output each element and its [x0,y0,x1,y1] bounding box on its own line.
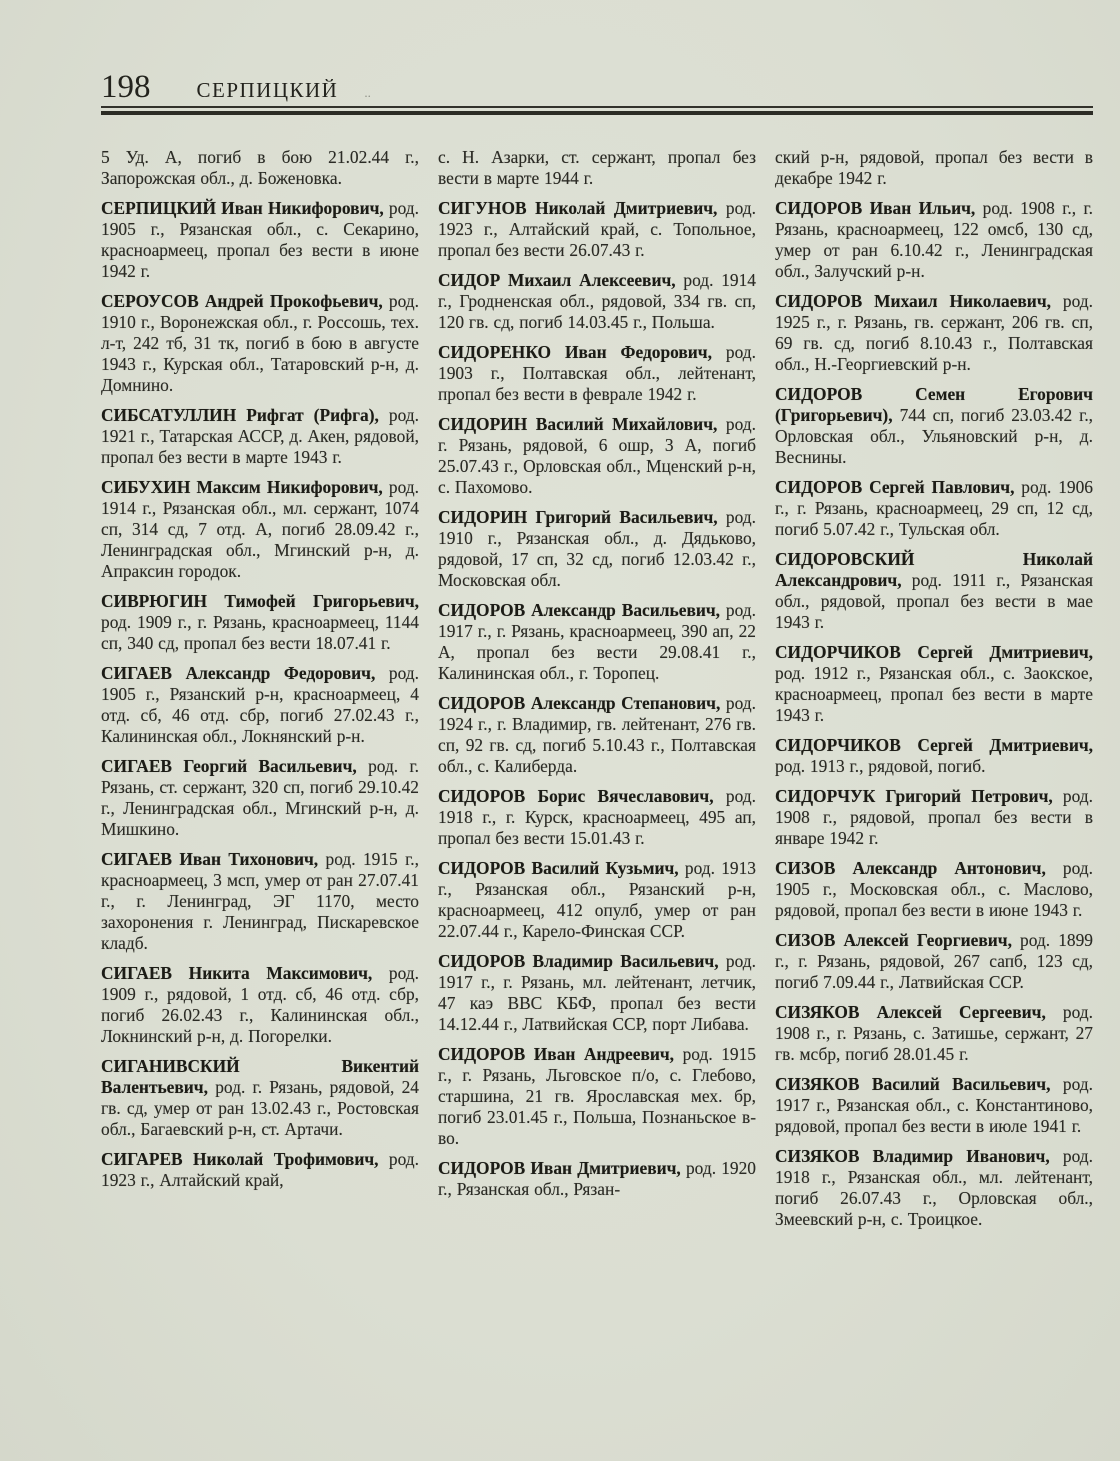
memorial-entry: СИБУХИН Максим Никифорович, род. 1914 г.… [101,477,419,582]
memorial-entry-continuation: ский р-н, рядовой, пропал без вести в де… [775,147,1093,189]
memorial-entry: СИДОРОВ Борис Вячеславович, род. 1918 г.… [438,786,756,849]
entry-person-name: СИДОРОВ Александр Степанович, [438,693,726,713]
entry-person-name: СИГАЕВ Никита Максимович, [101,963,389,983]
entry-person-name: СИЗОВ Александр Антонович, [775,858,1063,878]
memorial-entry: СИЗОВ Алексей Георгиевич, род. 1899 г., … [775,930,1093,993]
memorial-entry: СИБСАТУЛЛИН Рифгат (Рифга), род. 1921 г.… [101,405,419,468]
entry-person-name: СИДОРОВ Борис Вячеславович, [438,786,726,806]
memorial-entry: СИЗЯКОВ Владимир Иванович, род. 1918 г.,… [775,1146,1093,1230]
entry-person-name: СИДОРОВ Владимир Васильевич, [438,951,726,971]
entry-person-name: СИЗЯКОВ Владимир Иванович, [775,1146,1063,1166]
entry-person-name: СИГАЕВ Александр Федорович, [101,663,389,683]
entry-person-name: СИДОРОВСКИЙ Николай Александрович, [775,549,1093,590]
memorial-entry: СИГАЕВ Никита Максимович, род. 1909 г., … [101,963,419,1047]
memorial-entry: СИДОРИН Василий Михайлович, род. г. Ряза… [438,414,756,498]
memorial-entry: СИВРЮГИН Тимофей Григорьевич, род. 1909 … [101,591,419,654]
page-number: 198 [101,70,151,104]
memorial-entry-continuation: 5 Уд. А, погиб в бою 21.02.44 г., Запоро… [101,147,419,189]
entry-person-name: СЕРПИЦКИЙ Иван Никифорович, [101,198,389,218]
text-columns: 5 Уд. А, погиб в бою 21.02.44 г., Запоро… [101,147,1093,1239]
memorial-entry: СИГУНОВ Николай Дмитриевич, род. 1923 г.… [438,198,756,261]
entry-person-name: СИДОР Михаил Алексеевич, [438,270,683,290]
memorial-entry: СИГАЕВ Александр Федорович, род. 1905 г.… [101,663,419,747]
entry-person-name: СИДОРОВ Василий Кузьмич, [438,858,685,878]
memorial-entry: СИДОРОВ Сергей Павлович, род. 1906 г., г… [775,477,1093,540]
entry-person-name: СИДОРОВ Иван Андреевич, [438,1044,683,1064]
memorial-entry: СИДОРИН Григорий Васильевич, род. 1910 г… [438,507,756,591]
memorial-entry: СИДОРЧИКОВ Сергей Дмитриевич, род. 1912 … [775,642,1093,726]
entry-person-name: СИГАРЕВ Николай Трофимович, [101,1149,389,1169]
memorial-entry: СИДОР Михаил Алексеевич, род. 1914 г., Г… [438,270,756,333]
text-column-3: ский р-н, рядовой, пропал без вести в де… [775,147,1093,1239]
entry-person-name: СЕРОУСОВ Андрей Прокофьевич, [101,291,389,311]
memorial-entry: СИЗЯКОВ Алексей Сергеевич, род. 1908 г.,… [775,1002,1093,1065]
memorial-entry: СИДОРОВ Семен Егорович (Григорьевич), 74… [775,384,1093,468]
text-column-2: с. Н. Азарки, ст. сержант, пропал без ве… [438,147,756,1239]
text-column-1: 5 Уд. А, погиб в бою 21.02.44 г., Запоро… [101,147,419,1239]
entry-person-name: СИГАЕВ Георгий Васильевич, [101,756,368,776]
memorial-entry: СИДОРОВ Александр Степанович, род. 1924 … [438,693,756,777]
scan-artifact-mark: .. [364,85,371,101]
memorial-entry: СИДОРЕНКО Иван Федорович, род. 1903 г., … [438,342,756,405]
entry-person-name: СИГАНИВСКИЙ Викентий Валентьевич, [101,1056,419,1097]
entry-person-name: СИГУНОВ Николай Дмитриевич, [438,198,726,218]
memorial-entry: СИЗЯКОВ Василий Васильевич, род. 1917 г.… [775,1074,1093,1137]
entry-person-name: СИДОРОВ Семен Егорович (Григорьевич), [775,384,1093,425]
memorial-entry: СИДОРОВ Владимир Васильевич, род. 1917 г… [438,951,756,1035]
memorial-entry: СИДОРОВ Иван Дмитриевич, род. 1920 г., Р… [438,1158,756,1200]
entry-person-name: СИЗЯКОВ Алексей Сергеевич, [775,1002,1063,1022]
entry-person-name: СИДОРЕНКО Иван Федорович, [438,342,726,362]
memorial-entry: СЕРПИЦКИЙ Иван Никифорович, род. 1905 г.… [101,198,419,282]
entry-person-name: СИБСАТУЛЛИН Рифгат (Рифга), [101,405,389,425]
memorial-entry: СИДОРОВ Александр Васильевич, род. 1917 … [438,600,756,684]
memorial-entry-continuation: с. Н. Азарки, ст. сержант, пропал без ве… [438,147,756,189]
entry-person-name: СИДОРОВ Михаил Николаевич, [775,291,1063,311]
entry-person-name: СИДОРИН Григорий Васильевич, [438,507,726,527]
entry-person-name: СИДОРОВ Иван Ильич, [775,198,983,218]
memorial-entry: СИГАЕВ Иван Тихонович, род. 1915 г., кра… [101,849,419,954]
running-title: СЕРПИЦКИЙ [197,78,339,103]
memorial-entry: СИГАРЕВ Николай Трофимович, род. 1923 г.… [101,1149,419,1191]
memorial-entry: СИДОРОВ Василий Кузьмич, род. 1913 г., Р… [438,858,756,942]
memorial-entry: СИГАНИВСКИЙ Викентий Валентьевич, род. г… [101,1056,419,1140]
entry-person-name: СИБУХИН Максим Никифорович, [101,477,389,497]
entry-person-name: СИДОРЧИКОВ Сергей Дмитриевич, [775,735,1093,755]
entry-person-name: СИЗЯКОВ Василий Васильевич, [775,1074,1063,1094]
entry-person-name: СИДОРОВ Иван Дмитриевич, [438,1158,686,1178]
memorial-entry: СИДОРОВ Иван Андреевич, род. 1915 г., г.… [438,1044,756,1149]
header-double-rule [101,106,1093,115]
entry-person-name: СИДОРОВ Александр Васильевич, [438,600,726,620]
memorial-entry: СИДОРОВ Иван Ильич, род. 1908 г., г. Ряз… [775,198,1093,282]
entry-person-name: СИВРЮГИН Тимофей Григорьевич, [101,591,419,611]
page-header: 198 СЕРПИЦКИЙ .. [101,70,1093,104]
entry-person-name: СИГАЕВ Иван Тихонович, [101,849,326,869]
memorial-entry: СЕРОУСОВ Андрей Прокофьевич, род. 1910 г… [101,291,419,396]
entry-person-name: СИДОРЧИКОВ Сергей Дмитриевич, [775,642,1093,662]
entry-person-name: СИДОРЧУК Григорий Петрович, [775,786,1063,806]
entry-person-name: СИДОРОВ Сергей Павлович, [775,477,1021,497]
entry-person-name: СИЗОВ Алексей Георгиевич, [775,930,1020,950]
memorial-entry: СИДОРОВ Михаил Николаевич, род. 1925 г.,… [775,291,1093,375]
memorial-entry: СИДОРЧИКОВ Сергей Дмитриевич, род. 1913 … [775,735,1093,777]
memorial-entry: СИЗОВ Александр Антонович, род. 1905 г.,… [775,858,1093,921]
memorial-entry: СИДОРЧУК Григорий Петрович, род. 1908 г.… [775,786,1093,849]
memorial-entry: СИГАЕВ Георгий Васильевич, род. г. Рязан… [101,756,419,840]
entry-person-name: СИДОРИН Василий Михайлович, [438,414,726,434]
memorial-entry: СИДОРОВСКИЙ Николай Александрович, род. … [775,549,1093,633]
